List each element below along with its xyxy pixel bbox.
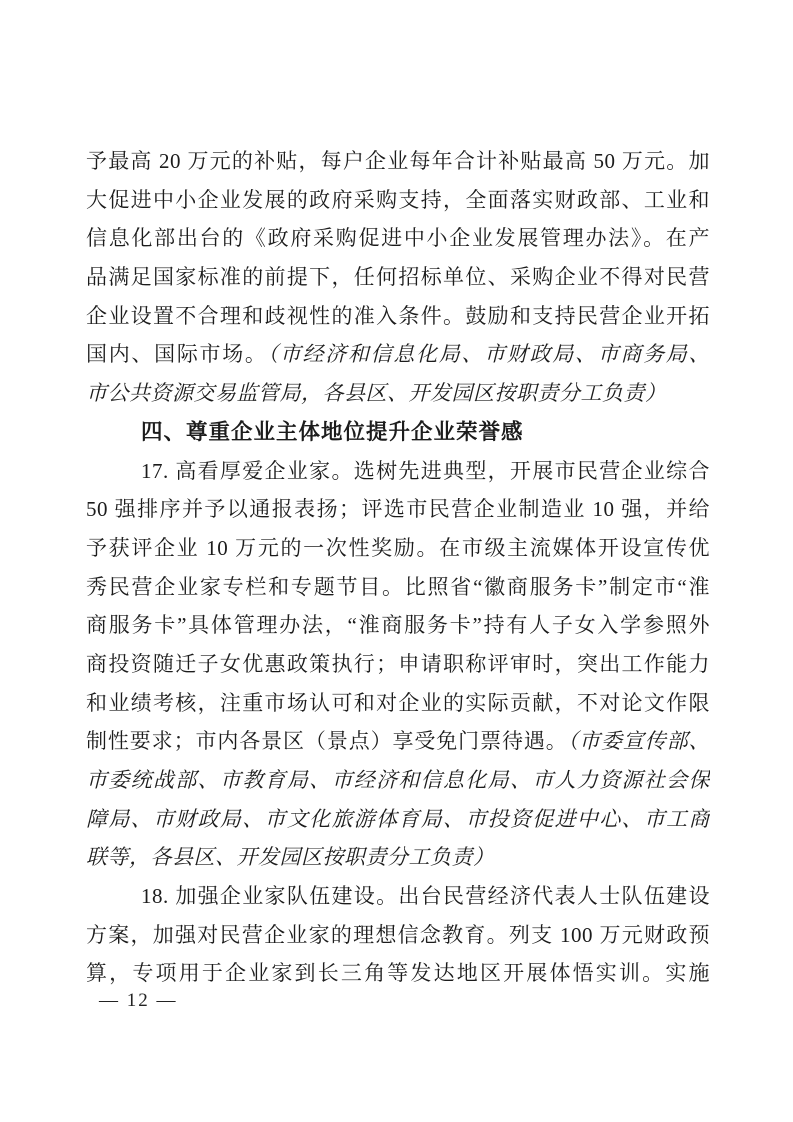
text-line: 国内、国际市场。（市经济和信息化局、市财政局、市商务局、: [86, 335, 710, 374]
page-number: — 12 —: [99, 990, 178, 1012]
text-line: 商服务卡”具体管理办法，“淮商服务卡”持有人子女入学参照外: [86, 606, 710, 645]
document-page: 予最高 20 万元的补贴，每户企业每年合计补贴最高 50 万元。加 大促进中小企…: [0, 0, 793, 1122]
text-block: 予最高 20 万元的补贴，每户企业每年合计补贴最高 50 万元。加 大促进中小企…: [86, 142, 710, 993]
text-line: 方案，加强对民营企业家的理想信念教育。列支 100 万元财政预: [86, 916, 710, 955]
text-line: 大促进中小企业发展的政府采购支持，全面落实财政部、工业和: [86, 181, 710, 220]
body-text-run: 国内、国际市场。: [86, 342, 268, 366]
text-line: 和业绩考核，注重市场认可和对企业的实际贡献，不对论文作限: [86, 684, 710, 723]
agency-list-line: 联等，各县区、开发园区按职责分工负责）: [86, 838, 710, 877]
text-line: 予获评企业 10 万元的一次性奖励。在市级主流媒体开设宣传优: [86, 529, 710, 568]
text-line: 企业设置不合理和歧视性的准入条件。鼓励和支持民营企业开拓: [86, 297, 710, 336]
text-line: 信息化部出台的《政府采购促进中小企业发展管理办法》。在产: [86, 219, 710, 258]
agency-list-run: （市经济和信息化局、市财政局、市商务局、: [268, 342, 710, 366]
text-line: 予最高 20 万元的补贴，每户企业每年合计补贴最高 50 万元。加: [86, 142, 710, 181]
paragraph-start-line: 18. 加强企业家队伍建设。出台民营经济代表人士队伍建设: [86, 877, 710, 916]
agency-list-line: 市公共资源交易监管局，各县区、开发园区按职责分工负责）: [86, 374, 710, 413]
text-line: 50 强排序并予以通报表扬；评选市民营企业制造业 10 强，并给: [86, 490, 710, 529]
text-line: 算，专项用于企业家到长三角等发达地区开展体悟实训。实施: [86, 954, 710, 993]
agency-list-line: 障局、市财政局、市文化旅游体育局、市投资促进中心、市工商: [86, 800, 710, 839]
agency-list-run: （市委宣传部、: [568, 729, 710, 753]
section-heading: 四、尊重企业主体地位提升企业荣誉感: [86, 413, 710, 452]
text-line: 制性要求；市内各景区（景点）享受免门票待遇。（市委宣传部、: [86, 722, 710, 761]
body-text-run: 制性要求；市内各景区（景点）享受免门票待遇。: [86, 729, 568, 753]
paragraph-start-line: 17. 高看厚爱企业家。选树先进典型，开展市民营企业综合: [86, 452, 710, 491]
text-line: 秀民营企业家专栏和专题节目。比照省“徽商服务卡”制定市“淮: [86, 568, 710, 607]
text-line: 商投资随迁子女优惠政策执行；申请职称评审时，突出工作能力: [86, 645, 710, 684]
text-line: 品满足国家标准的前提下，任何招标单位、采购企业不得对民营: [86, 258, 710, 297]
agency-list-line: 市委统战部、市教育局、市经济和信息化局、市人力资源社会保: [86, 761, 710, 800]
